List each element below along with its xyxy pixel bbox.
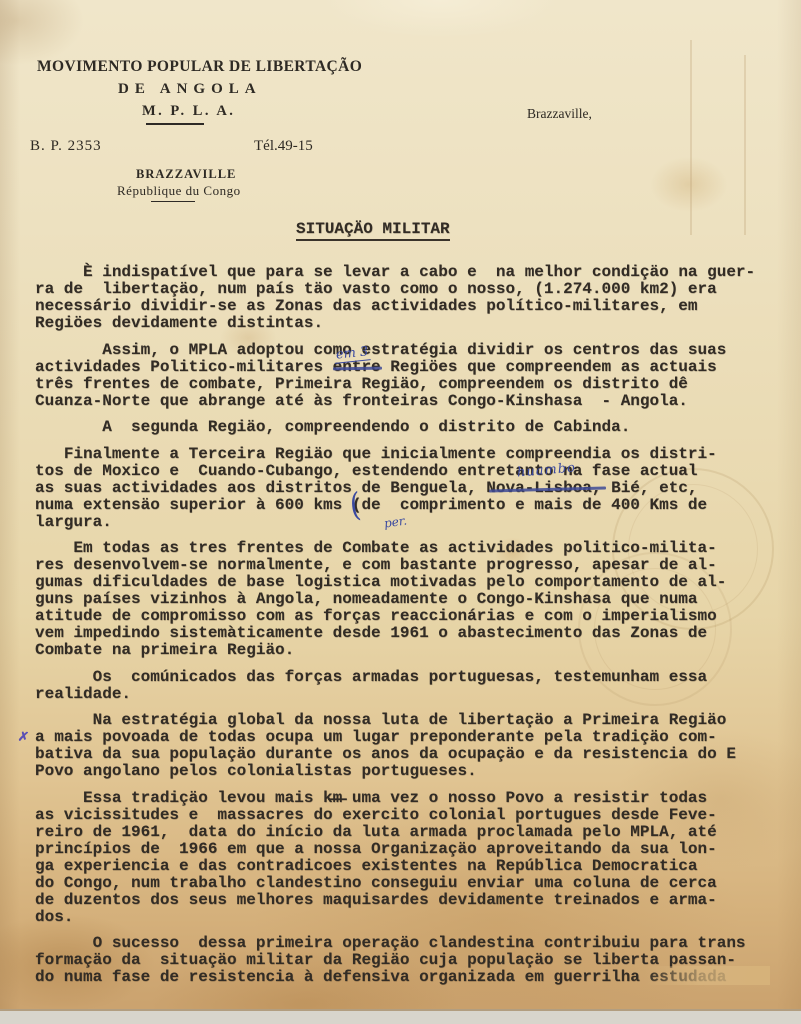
document-title: SITUAÇÄO MILITAR xyxy=(296,220,450,241)
document-page: MOVIMENTO POPULAR DE LIBERTAÇÃO DE ANGOL… xyxy=(0,0,801,1024)
acronym-underline xyxy=(146,123,204,125)
scan-edge-strip xyxy=(0,1009,801,1024)
margin-mark: ✗ xyxy=(17,728,30,745)
org-name-line1: MOVIMENTO POPULAR DE LIBERTAÇÃO xyxy=(37,58,362,76)
phone-number: Tél.49-15 xyxy=(254,138,313,155)
org-name-line2: DE ANGOLA xyxy=(118,81,262,98)
paper-streak xyxy=(744,55,746,235)
paragraph-6: Os comúnicados das forças armadas portug… xyxy=(35,669,797,703)
faded-text-overlay xyxy=(645,966,770,985)
country-underline xyxy=(151,201,195,202)
paragraph-2: Assim, o MPLA adoptou como estratégia di… xyxy=(35,342,797,410)
po-box: B. P. 2353 xyxy=(30,138,102,155)
date-line: Brazzaville, xyxy=(527,106,592,122)
paragraph-4: Finalmente a Terceira Regiäo que inicial… xyxy=(35,446,797,531)
paragraph-8: Essa tradiçäo levou mais k̶m̶ uma vez o … xyxy=(35,790,797,926)
city-name: BRAZZAVILLE xyxy=(136,167,236,182)
paragraph-3: A segunda Regiäo, compreendendo o distri… xyxy=(35,419,797,436)
paper-streak xyxy=(690,40,692,235)
paragraph-1: È indispatível que para se levar a cabo … xyxy=(35,264,797,332)
document-body: È indispatível que para se levar a cabo … xyxy=(35,264,797,996)
paragraph-7: Na estratégia global da nossa luta de li… xyxy=(35,712,797,780)
country-name: République du Congo xyxy=(117,183,241,199)
org-acronym: M. P. L. A. xyxy=(142,103,235,120)
paragraph-5: Em todas as tres frentes de Combate as a… xyxy=(35,540,797,659)
